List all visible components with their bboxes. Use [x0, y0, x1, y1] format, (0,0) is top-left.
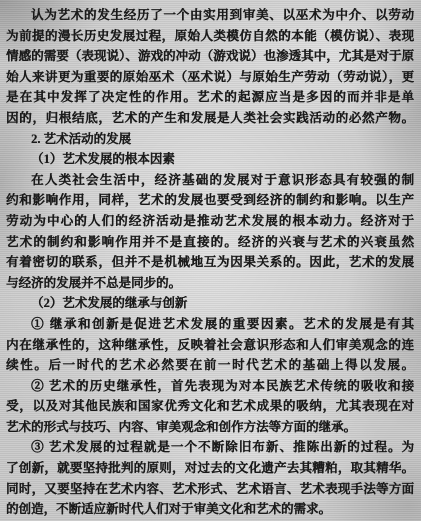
text-line: ③ 艺术发展的过程就是一个不断除旧布新、推陈出新的过程。为 [6, 437, 414, 458]
text-line: 为前提的漫长历史发展过程，原始人类模仿自然的本能（模仿说）、表现 [6, 26, 414, 47]
text-line: ② 艺术的历史继承性，首先表现为对本民族艺术传统的吸收和接 [6, 376, 414, 397]
text-line: 因的，归根结底，艺术的产生和发展是人类社会实践活动的必然产物。 [6, 108, 414, 129]
text-line: 是在其中发挥了决定性的作用。艺术的起源应当是多因的而并非是单 [6, 87, 414, 108]
text-line: 艺术的形式与技巧、内容、审美观念和创作方法等方面的继承。 [6, 417, 414, 438]
text-line: 始人来讲更为重要的原始巫术（巫术说）与原始生产劳动（劳动说），更 [6, 67, 414, 88]
text-line: 同时，又要坚持在艺术内容、艺术形式、艺术语言、艺术表现手法等方面 [6, 479, 414, 500]
section-heading: （1）艺术发展的根本因素 [6, 149, 414, 170]
text-line: 艺术的制约和影响作用并不是直接的。经济的兴衰与艺术的兴衰虽然 [6, 232, 414, 253]
scanned-document-page: 认为艺术的发生经历了一个由实用到审美、以巫术为中介、以劳动 为前提的漫长历史发展… [0, 0, 421, 521]
text-line: 与经济的发展并不总是同步的。 [6, 273, 414, 294]
section-heading: 2. 艺术活动的发展 [6, 129, 414, 150]
text-line: 认为艺术的发生经历了一个由实用到审美、以巫术为中介、以劳动 [6, 5, 414, 26]
text-line: 续性。后一时代的艺术必然要在前一时代艺术的基础上得以发展。 [6, 355, 414, 376]
text-line: ① 继承和创新是促进艺术发展的重要因素。艺术的发展是有其 [6, 314, 414, 335]
text-line: 受，以及对其他民族和国家优秀文化和艺术成果的吸纳，尤其表现在对 [6, 396, 414, 417]
text-line: 约和影响作用，同样，艺术的发展也要受到经济的制约和影响。以生产 [6, 190, 414, 211]
text-line: 内在继承性的，这种继承性，反映着社会意识形态和人们审美观念的连 [6, 335, 414, 356]
text-line: 了创新，就要坚持批判的原则，对过去的文化遗产去其糟粕，取其精华。 [6, 458, 414, 479]
text-line: 有着密切的联系，但并不是机械地互为因果关系的。因此，艺术的发展 [6, 252, 414, 273]
text-line: 劳动为中心的人们的经济活动是推动艺术发展的根本动力。经济对于 [6, 211, 414, 232]
text-line: 情感的需要（表现说）、游戏的冲动（游戏说）也渗透其中，尤其是对于原 [6, 46, 414, 67]
text-line: 的创造，不断适应新时代人们对于审美文化和艺术的需求。 [6, 499, 414, 520]
text-line: 在人类社会生活中，经济基础的发展对于意识形态具有较强的制 [6, 170, 414, 191]
section-heading: （2）艺术发展的继承与创新 [6, 293, 414, 314]
